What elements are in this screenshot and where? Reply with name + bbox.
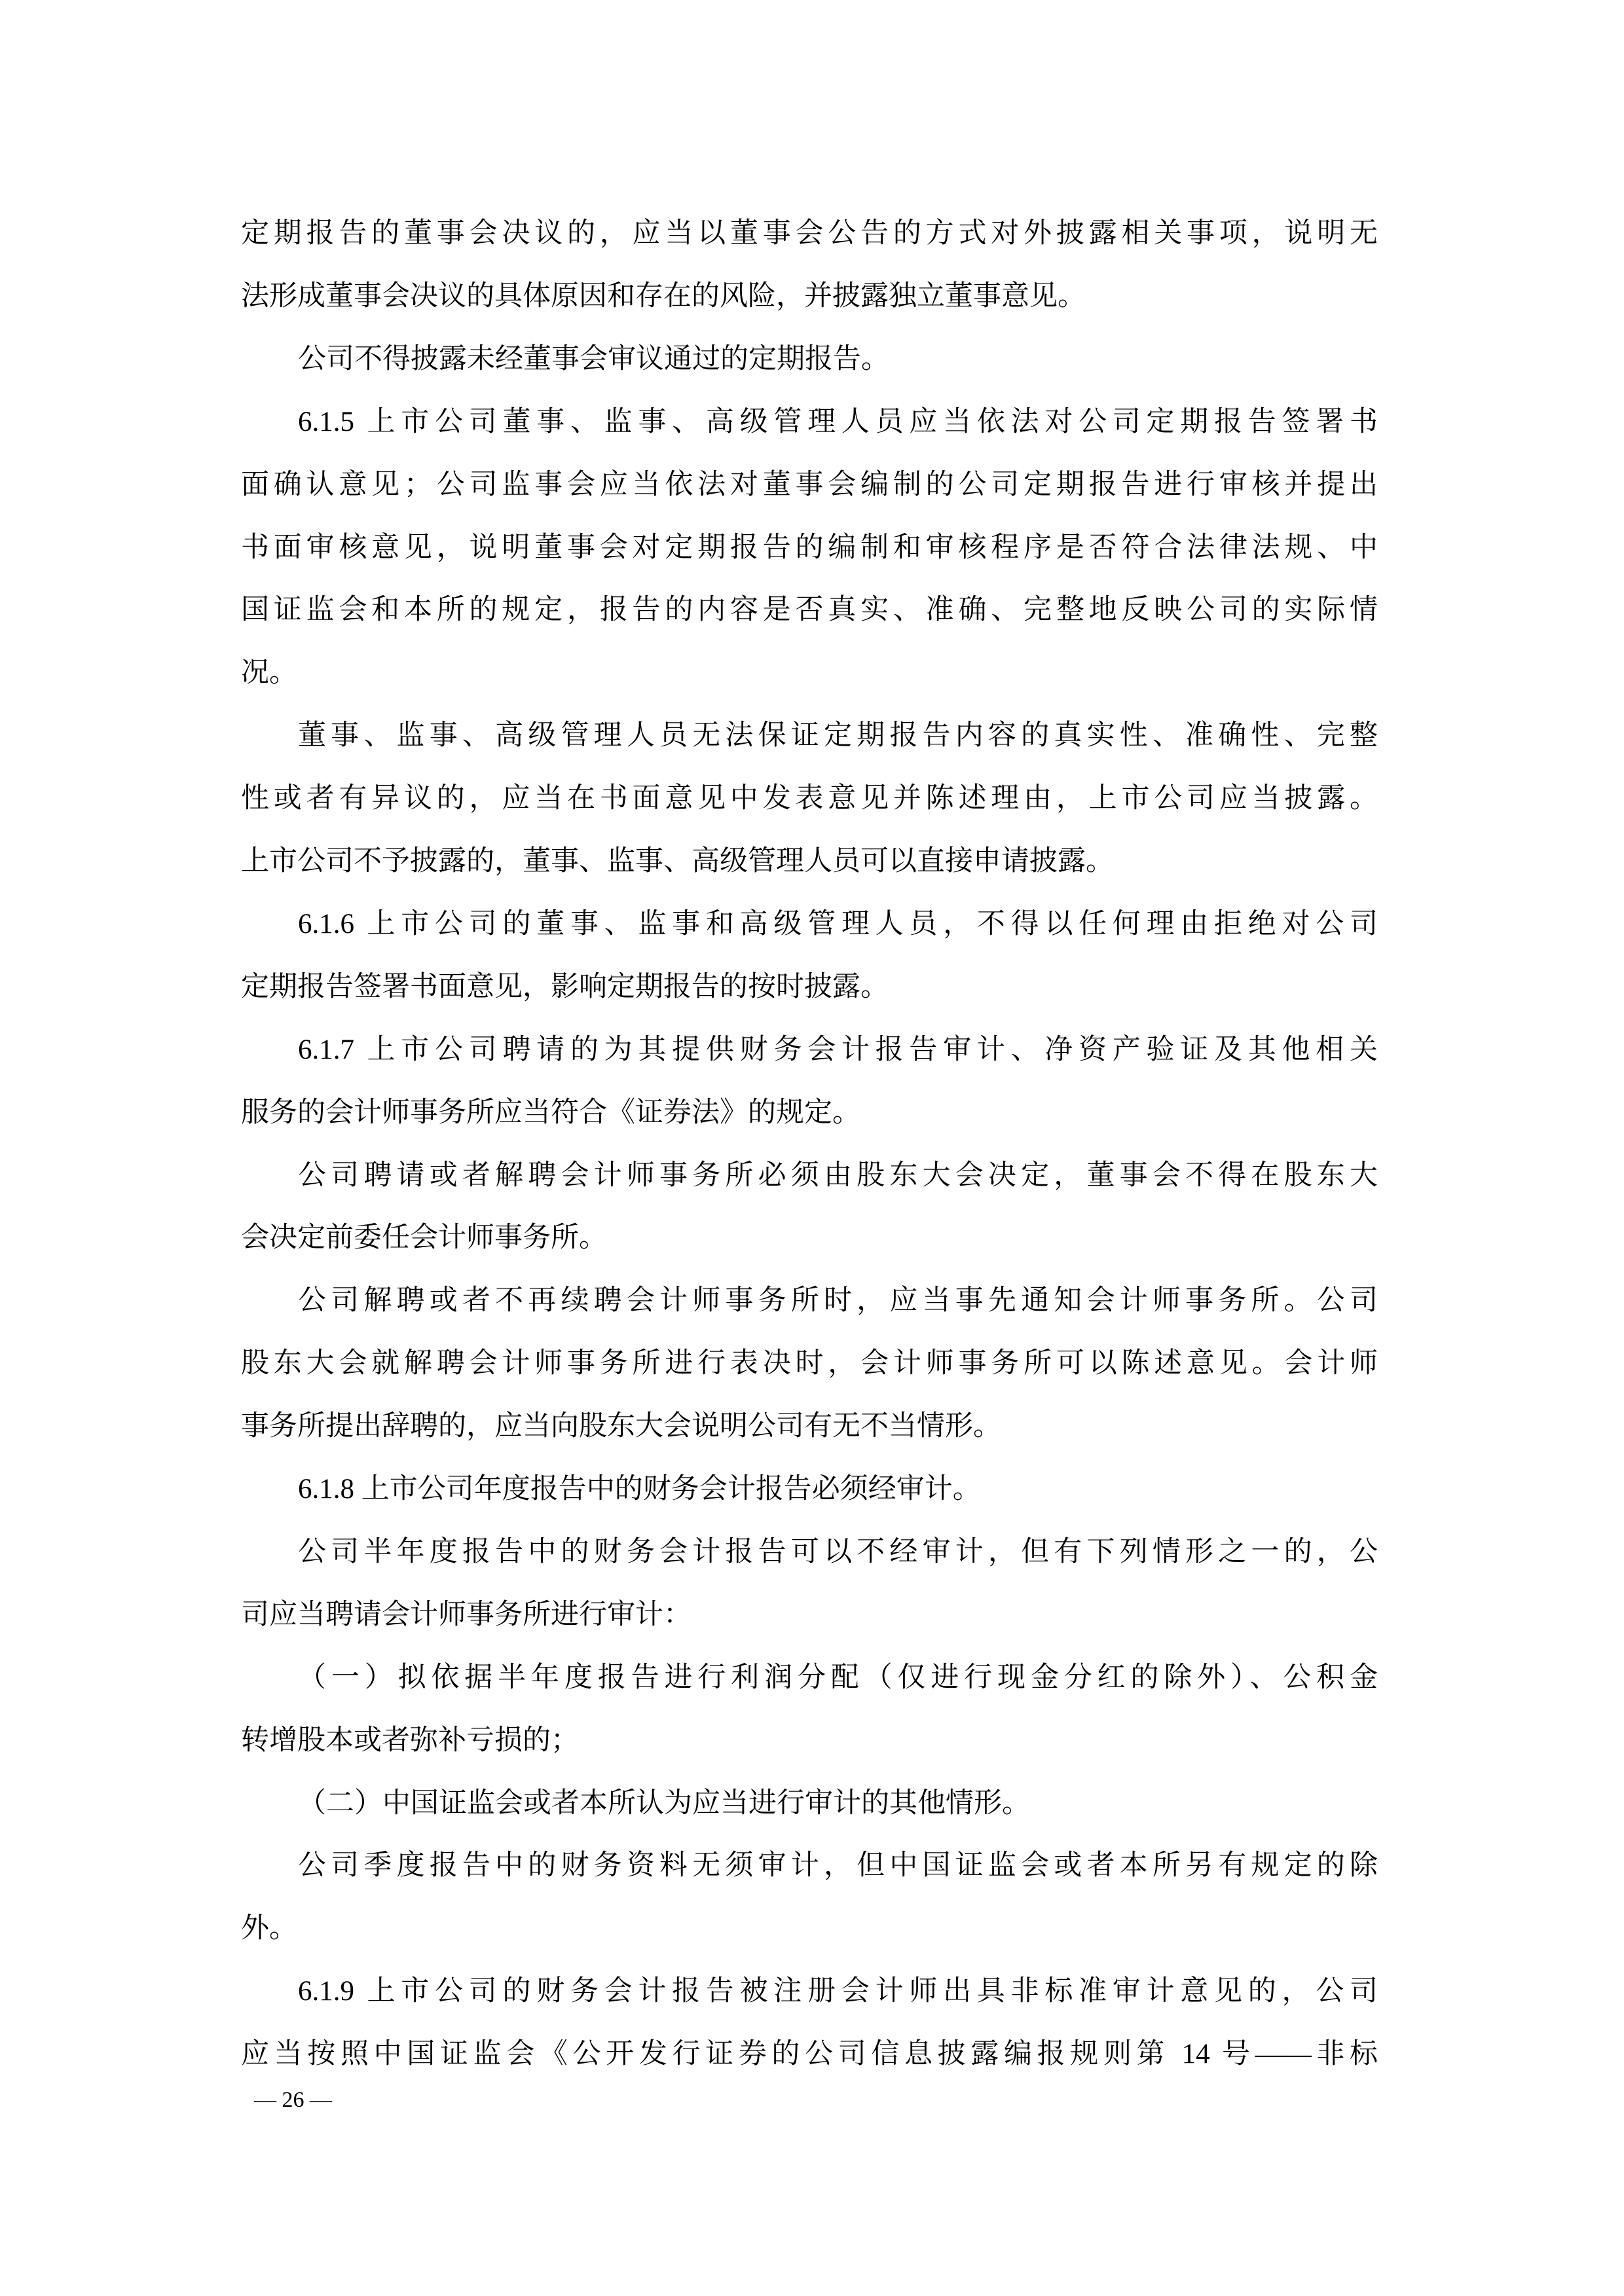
text-line: 公司季度报告中的财务资料无须审计，但中国证监会或者本所另有规定的除 [298,1846,1378,1886]
text-line: 况。 [241,653,1378,693]
list-item-1: （一）拟依据半年度报告进行利润分配（仅进行现金分红的除外）、公积金 [298,1658,1378,1698]
text-line: 法形成董事会决议的具体原因和存在的风险，并披露独立董事意见。 [241,277,1378,316]
text-line: 面确认意见；公司监事会应当依法对董事会编制的公司定期报告进行审核并提出 [241,465,1378,505]
text-line: 上市公司不予披露的，董事、监事、高级管理人员可以直接申请披露。 [241,842,1378,881]
text-line: 会决定前委任会计师事务所。 [241,1218,1378,1258]
list-item-2: （二）中国证监会或者本所认为应当进行审计的其他情形。 [298,1784,1378,1823]
text-line: 定期报告签署书面意见，影响定期报告的按时披露。 [241,968,1378,1007]
text-line: 定期报告的董事会决议的，应当以董事会公告的方式对外披露相关事项，说明无 [241,214,1378,253]
text-line: 性或者有异议的，应当在书面意见中发表意见并陈述理由，上市公司应当披露。 [241,779,1378,818]
text-line: 书面审核意见，说明董事会对定期报告的编制和审核程序是否符合法律法规、中 [241,528,1378,568]
text-line: 事务所提出辞聘的，应当向股东大会说明公司有无不当情形。 [241,1407,1378,1446]
text-line: 外。 [241,1909,1378,1948]
text-line: 转增股本或者弥补亏损的； [241,1721,1378,1760]
text-line: 公司聘请或者解聘会计师事务所必须由股东大会决定，董事会不得在股东大 [298,1156,1378,1195]
clause-6-1-5: 6.1.5 上市公司董事、监事、高级管理人员应当依法对公司定期报告签署书 [298,403,1378,442]
page-number: — 26 — [254,2086,332,2115]
text-line: 股东大会就解聘会计师事务所进行表决时，会计师事务所可以陈述意见。会计师 [241,1344,1378,1383]
text-line: 国证监会和本所的规定，报告的内容是否真实、准确、完整地反映公司的实际情 [241,591,1378,630]
text-line: 公司不得披露未经董事会审议通过的定期报告。 [298,340,1378,379]
text-line: 董事、监事、高级管理人员无法保证定期报告内容的真实性、准确性、完整 [298,716,1378,756]
text-line: 应当按照中国证监会《公开发行证券的公司信息披露编报规则第 14 号——非标 [241,2035,1378,2074]
text-line: 公司解聘或者不再续聘会计师事务所时，应当事先通知会计师事务所。公司 [298,1281,1378,1321]
text-line: 服务的会计师事务所应当符合《证券法》的规定。 [241,1093,1378,1133]
document-page: 定期报告的董事会决议的，应当以董事会公告的方式对外披露相关事项，说明无 法形成董… [0,0,1624,2296]
clause-6-1-7: 6.1.7 上市公司聘请的为其提供财务会计报告审计、净资产验证及其他相关 [298,1030,1378,1070]
clause-6-1-9: 6.1.9 上市公司的财务会计报告被注册会计师出具非标准审计意见的，公司 [298,1972,1378,2011]
text-line: 司应当聘请会计师事务所进行审计： [241,1595,1378,1635]
text-line: 公司半年度报告中的财务会计报告可以不经审计，但有下列情形之一的，公 [298,1533,1378,1572]
clause-6-1-8: 6.1.8 上市公司年度报告中的财务会计报告必须经审计。 [298,1470,1378,1509]
clause-6-1-6: 6.1.6 上市公司的董事、监事和高级管理人员，不得以任何理由拒绝对公司 [298,905,1378,944]
